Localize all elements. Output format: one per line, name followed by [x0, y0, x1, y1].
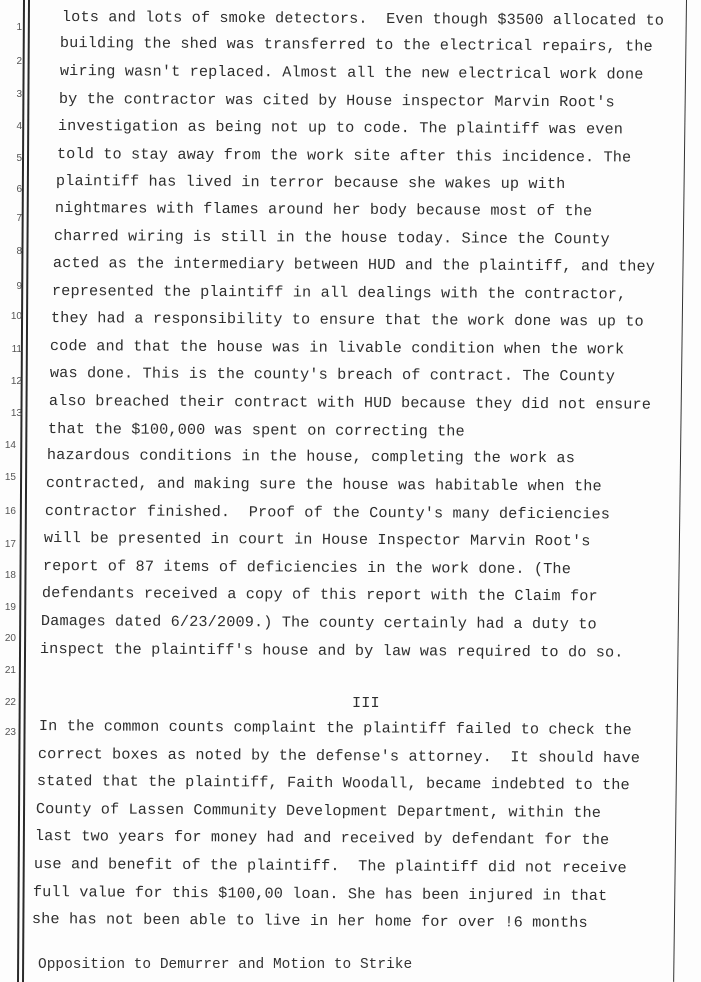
- text-line: plaintiff has lived in terror because sh…: [56, 172, 566, 193]
- text-line: inspect the plaintiff's house and by law…: [40, 640, 624, 662]
- text-line: will be presented in court in House Insp…: [44, 529, 591, 550]
- text-line: contractor finished. Proof of the County…: [45, 502, 610, 523]
- section-heading: III: [352, 694, 380, 712]
- document-page: 1234567891011121314151617181920212223 lo…: [0, 0, 701, 982]
- text-line: hazardous conditions in the house, compl…: [47, 446, 575, 467]
- text-line: that the $100,000 was spent on correctin…: [48, 420, 465, 441]
- text-line: charred wiring is still in the house tod…: [54, 227, 610, 248]
- text-line: was done. This is the county's breach of…: [50, 364, 615, 385]
- text-line: wiring wasn't replaced. Almost all the n…: [60, 62, 644, 84]
- text-line: nightmares with flames around her body b…: [55, 199, 592, 220]
- text-line: contracted, and making sure the house wa…: [46, 474, 602, 495]
- footer-document-title: Opposition to Demurrer and Motion to Str…: [38, 957, 412, 973]
- text-line: code and that the house was in livable c…: [50, 337, 624, 359]
- document-body: lots and lots of smoke detectors. Even t…: [0, 0, 701, 982]
- text-line: building the shed was transferred to the…: [60, 34, 653, 56]
- text-line: report of 87 items of deficiencies in th…: [43, 557, 571, 578]
- text-line: they had a responsibility to ensure that…: [51, 309, 644, 331]
- section-text-line: she has not been able to live in her hom…: [32, 910, 588, 932]
- text-line: Damages dated 6/23/2009.) The county cer…: [41, 612, 597, 633]
- text-line: investigation as being not up to code. T…: [58, 117, 623, 138]
- section-text-line: correct boxes as noted by the defense's …: [38, 745, 640, 767]
- section-text-line: full value for this $100,00 loan. She ha…: [33, 883, 607, 905]
- text-line: told to stay away from the work site aft…: [57, 145, 631, 167]
- section-text-line: County of Lassen Community Development D…: [36, 800, 601, 822]
- text-line: represented the plaintiff in all dealing…: [52, 282, 626, 304]
- section-text-line: use and benefit of the plaintiff. The pl…: [34, 855, 627, 877]
- text-line: lots and lots of smoke detectors. Even t…: [62, 8, 664, 30]
- text-line: also breached their contract with HUD be…: [49, 392, 651, 414]
- section-text-line: last two years for money had and receive…: [35, 827, 609, 849]
- section-text-line: stated that the plaintiff, Faith Woodall…: [37, 772, 630, 794]
- text-line: by the contractor was cited by House ins…: [59, 90, 615, 111]
- text-line: defendants received a copy of this repor…: [42, 584, 598, 605]
- section-text-line: In the common counts complaint the plain…: [39, 717, 632, 739]
- text-line: acted as the intermediary between HUD an…: [53, 254, 655, 276]
